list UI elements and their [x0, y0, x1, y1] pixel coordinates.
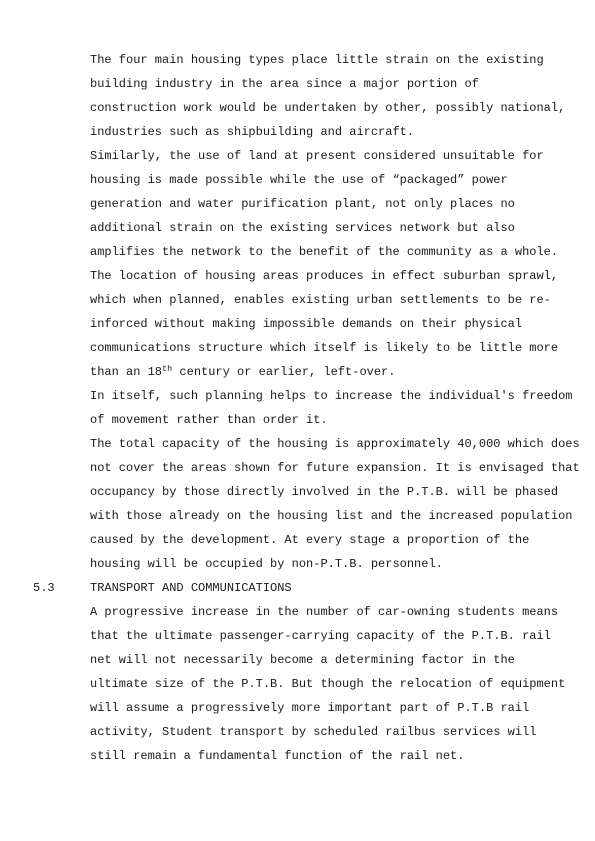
text-line: additional strain on the existing servic…	[90, 216, 590, 240]
text-line: The four main housing types place little…	[90, 48, 590, 72]
paragraph: In itself, such planning helps to increa…	[90, 384, 590, 432]
text-line: construction work would be undertaken by…	[90, 96, 590, 120]
paragraph: Similarly, the use of land at present co…	[90, 144, 590, 264]
text-line: The location of housing areas produces i…	[90, 264, 590, 288]
page-text-block: The four main housing types place little…	[90, 48, 590, 768]
text-line: not cover the areas shown for future exp…	[90, 456, 590, 480]
text-line: net will not necessarily become a determ…	[90, 648, 590, 672]
section-number: 5.3	[33, 576, 55, 600]
paragraph: A progressive increase in the number of …	[90, 600, 590, 768]
text-line: will assume a progressively more importa…	[90, 696, 590, 720]
document-page: The four main housing types place little…	[0, 0, 595, 841]
section-title: TRANSPORT AND COMMUNICATIONS	[90, 581, 292, 595]
text-line: caused by the development. At every stag…	[90, 528, 590, 552]
paragraph: The total capacity of the housing is app…	[90, 432, 590, 576]
text-line: inforced without making impossible deman…	[90, 312, 590, 336]
text-line: housing will be occupied by non-P.T.B. p…	[90, 552, 590, 576]
text-line: that the ultimate passenger-carrying cap…	[90, 624, 590, 648]
text-line: The total capacity of the housing is app…	[90, 432, 590, 456]
text-line: Similarly, the use of land at present co…	[90, 144, 590, 168]
text-line: still remain a fundamental function of t…	[90, 744, 590, 768]
text-line: housing is made possible while the use o…	[90, 168, 590, 192]
text-line: which when planned, enables existing urb…	[90, 288, 590, 312]
text-line: of movement rather than order it.	[90, 408, 590, 432]
text-line: ultimate size of the P.T.B. But though t…	[90, 672, 590, 696]
text-line: amplifies the network to the benefit of …	[90, 240, 590, 264]
section-heading: 5.3TRANSPORT AND COMMUNICATIONS	[90, 576, 590, 600]
line-text: century or earlier, left-over.	[172, 365, 395, 379]
text-line: A progressive increase in the number of …	[90, 600, 590, 624]
text-line: with those already on the housing list a…	[90, 504, 590, 528]
text-line: industries such as shipbuilding and airc…	[90, 120, 590, 144]
paragraph: The four main housing types place little…	[90, 48, 590, 144]
text-line: occupancy by those directly involved in …	[90, 480, 590, 504]
text-line: activity, Student transport by scheduled…	[90, 720, 590, 744]
text-line: generation and water purification plant,…	[90, 192, 590, 216]
text-line: communications structure which itself is…	[90, 336, 590, 360]
ordinal-superscript: th	[162, 364, 172, 374]
text-line: In itself, such planning helps to increa…	[90, 384, 590, 408]
line-text: than an 18	[90, 365, 162, 379]
text-line: than an 18th century or earlier, left-ov…	[90, 360, 590, 384]
text-line: building industry in the area since a ma…	[90, 72, 590, 96]
paragraph: The location of housing areas produces i…	[90, 264, 590, 384]
